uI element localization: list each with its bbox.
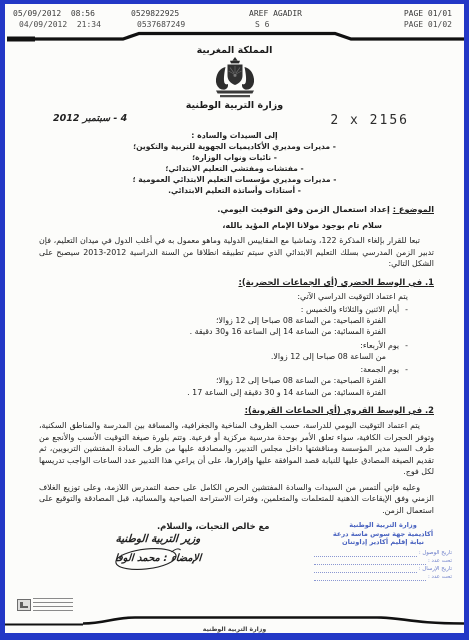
- school-stamp: [17, 595, 73, 615]
- moroccan-coat-of-arms-icon: [203, 57, 267, 99]
- signature-area: مع خالص التحيات، والسلام. وزارة التربية …: [5, 521, 464, 615]
- addressee-item: - مفتشات ومفتشي التعليم الابتدائي؛: [5, 163, 464, 174]
- schedule-detail: الفترة الصباحية: من الساعة 08 صباحا إلى …: [39, 375, 386, 387]
- schedule-detail: الفترة المسائية: من الساعة 14 إلى الساعة…: [39, 326, 386, 338]
- section1-intro: يتم اعتماد التوقيت الدراسي الآتي:: [39, 291, 408, 302]
- scan-border-frame: 05/09/2012 08:56 0529822925 AREF AGADIR …: [0, 0, 469, 640]
- subject-label: الموضوع :: [393, 204, 434, 214]
- subject-line: الموضوع : إعداد استعمال الزمن وفق التوقي…: [39, 203, 434, 215]
- subject-text: إعداد استعمال الزمن وفق التوقيت اليومي.: [217, 204, 390, 214]
- minister-signature-block: وزير التربية الوطنية الإمضاء : محمد الوف…: [63, 533, 253, 564]
- registry-number-stamp: 2 x 2156: [330, 113, 409, 128]
- schedule-day-label: أيام الاثنين والثلاثاء والخميس :: [301, 304, 399, 315]
- footer-text: وزارة التربية الوطنية المقر المركزي للوز…: [5, 626, 464, 633]
- section1-title: 1. في الوسط الحضري (أي الجماعات الحضرية)…: [39, 276, 434, 288]
- registry-stamp-fields: تاريخ الوصول : تحت عدد : تاريخ الإرسال :…: [314, 549, 452, 581]
- school-stamp-illegible-text: [33, 598, 73, 612]
- fax-date-1: 05/09/2012 08:56: [13, 8, 131, 19]
- bullet-dash: -: [405, 304, 408, 315]
- closing-paragraph: وعليه فإني ألتمس من السيدات والسادة المف…: [39, 482, 434, 517]
- stamp-field: تحت عدد :: [314, 573, 452, 581]
- bullet-dash: -: [405, 340, 408, 351]
- section2-title: 2. في الوسط القروي (أي الجماعات القروية)…: [39, 404, 434, 416]
- salutation: سلام تام بوجود مولانا الإمام المؤيد بالل…: [39, 220, 382, 231]
- reference-row: 4 - سبتمبر 2012 2 x 2156: [5, 111, 464, 128]
- stamp-field: تحت عدد :: [314, 557, 452, 565]
- stamp-field: تاريخ الإرسال :: [314, 565, 452, 573]
- fax-page-1: PAGE 01/01: [381, 8, 456, 19]
- schedule-detail: من الساعة 08 صباحا إلى 12 زوالا.: [39, 351, 386, 363]
- registry-stamp-line: وزارة التربية الوطنية: [314, 521, 452, 530]
- schedule-detail: الفترة الصباحية: من الساعة 08 صباحا إلى …: [39, 315, 386, 327]
- addressee-item: - مديرات ومديري الأكاديميات الجهوية للتر…: [5, 141, 464, 152]
- registry-stamp: وزارة التربية الوطنية أكاديمية جهة سوس م…: [314, 521, 452, 581]
- fax-number-2: 0537687249: [137, 19, 255, 30]
- bullet-dash: -: [405, 364, 408, 375]
- schedule-day-label: يوم الأربعاء:: [360, 340, 399, 351]
- addressees-intro: إلى السيدات والسادة :: [5, 130, 464, 141]
- addressee-item: - مديرات ومديري مؤسسات التعليم الابتدائي…: [5, 174, 464, 185]
- signature-label: الإمضاء : محمد الوفا: [63, 553, 254, 564]
- document-date: 4 - سبتمبر 2012: [53, 113, 127, 124]
- fax-number-1: 0529822925: [131, 8, 249, 19]
- stamp-field: تاريخ الوصول :: [314, 549, 452, 557]
- letterhead: المملكة المغربية: [5, 45, 464, 111]
- schedule-day: - يوم الجمعة:: [39, 364, 408, 375]
- minister-title: وزير التربية الوطنية: [63, 533, 254, 545]
- addressee-item: - أستاذات وأساتذة التعليم الابتدائي.: [5, 185, 464, 196]
- scan-divider-bottom: [5, 615, 464, 626]
- schedule-detail: الفترة المسائية: من الساعة 14 و 30 دقيقة…: [39, 387, 386, 399]
- page-footer: وزارة التربية الوطنية المقر المركزي للوز…: [5, 615, 464, 633]
- fax-station-1: AREF AGADIR: [249, 8, 381, 19]
- addressee-item: - نائبات ونواب الوزارة؛: [5, 152, 464, 163]
- fax-header: 05/09/2012 08:56 0529822925 AREF AGADIR …: [5, 4, 464, 30]
- section2-paragraph: يتم اعتماد التوقيت اليومي للدراسة، حسب ا…: [39, 420, 434, 478]
- kingdom-title: المملكة المغربية: [5, 45, 464, 56]
- closing-salute: مع خالص التحيات، والسلام.: [157, 521, 269, 531]
- fax-date-2: 04/09/2012 21:34: [19, 19, 137, 30]
- footer-ministry: وزارة التربية الوطنية: [5, 626, 464, 633]
- school-stamp-logo-icon: [17, 599, 31, 611]
- fax-header-row-1: 05/09/2012 08:56 0529822925 AREF AGADIR …: [13, 8, 456, 19]
- registry-stamp-line: أكاديمية جهة سوس ماسة درعة: [314, 530, 452, 539]
- scan-divider-top: [5, 30, 464, 43]
- fax-header-row-2: 04/09/2012 21:34 0537687249 S 6 PAGE 01/…: [13, 19, 456, 30]
- fax-page-2: PAGE 01/02: [387, 19, 456, 30]
- addressees-block: إلى السيدات والسادة : - مديرات ومديري ال…: [5, 130, 464, 196]
- schedule-day-label: يوم الجمعة:: [361, 364, 400, 375]
- ministry-title: وزارة التربية الوطنية: [5, 100, 464, 111]
- fax-station-2: S 6: [255, 19, 387, 30]
- document-page: 05/09/2012 08:56 0529822925 AREF AGADIR …: [5, 4, 464, 633]
- intro-paragraph: تبعا للقرار بإلغاء المذكرة 122، وتماشيا …: [39, 235, 434, 270]
- schedule-day: - أيام الاثنين والثلاثاء والخميس :: [39, 304, 408, 315]
- registry-stamp-line: نيابة إقليم أكادير إداوتنان: [314, 538, 452, 547]
- document-body: الموضوع : إعداد استعمال الزمن وفق التوقي…: [5, 203, 464, 516]
- schedule-day: - يوم الأربعاء:: [39, 340, 408, 351]
